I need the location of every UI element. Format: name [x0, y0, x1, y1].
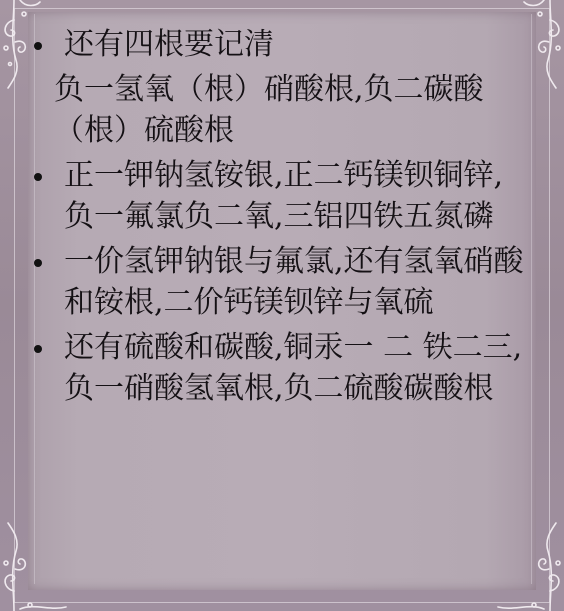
sub-text: 负一氢氧（根）硝酸根,负二碳酸（根）硫酸根: [30, 69, 530, 151]
bullet-text: 还有硫酸和碳酸,铜汞一 二 铁二三,负一硝酸氢氧根,负二硫酸碳酸根: [64, 330, 522, 406]
bullet-item: 一价氢钾钠银与氟氯,还有氢氧硝酸和铵根,二价钙镁钡锌与氧硫: [30, 241, 530, 323]
bullet-icon: [34, 173, 42, 181]
bullet-item: 还有四根要记清: [30, 24, 530, 65]
bullet-item: 正一钾钠氢铵银,正二钙镁钡铜锌,负一氟氯负二氧,三铝四铁五氮磷: [30, 155, 530, 237]
bullet-item: 还有硫酸和碳酸,铜汞一 二 铁二三,负一硝酸氢氧根,负二硫酸碳酸根: [30, 327, 530, 409]
slide-content: 还有四根要记清 负一氢氧（根）硝酸根,负二碳酸（根）硫酸根 正一钾钠氢铵银,正二…: [30, 24, 530, 413]
bullet-text: 正一钾钠氢铵银,正二钙镁钡铜锌,负一氟氯负二氧,三铝四铁五氮磷: [64, 158, 503, 234]
sub-text-content: 负一氢氧（根）硝酸根,负二碳酸（根）硫酸根: [54, 72, 484, 148]
bullet-icon: [34, 42, 42, 50]
bullet-icon: [34, 345, 42, 353]
bullet-text: 还有四根要记清: [64, 27, 274, 62]
bullet-icon: [34, 259, 42, 267]
bullet-text: 一价氢钾钠银与氟氯,还有氢氧硝酸和铵根,二价钙镁钡锌与氧硫: [64, 244, 524, 320]
